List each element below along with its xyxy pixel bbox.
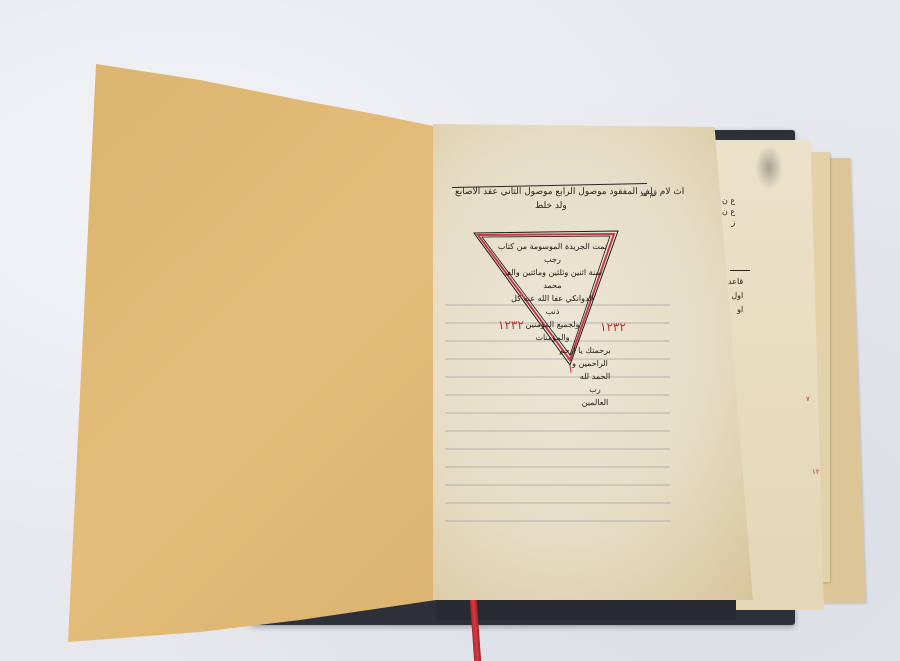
marginal-line: ع ن xyxy=(722,206,735,217)
stacked-table-text: قاعد اول او xyxy=(728,275,743,317)
red-page-mark: ٧ xyxy=(806,395,810,403)
colophon-line: برحمتك يا ارحم xyxy=(555,344,615,357)
heading-marginal-note: ام هد xyxy=(640,190,656,198)
table-line: اول xyxy=(728,289,743,303)
colophon-line: الدوانكي عفا الله عنه كل ذنب xyxy=(505,292,600,318)
year-left: ١٢٣٢ xyxy=(498,318,524,332)
year-right: ١٢٣٢ xyxy=(600,320,626,334)
colophon-line: رب العالمين xyxy=(575,383,615,409)
colophon-line: ولجميع المؤمنين والمؤمنات xyxy=(513,318,593,344)
colophon-line: سنة اثنين وثلثين ومائتين والف محمد xyxy=(498,266,608,292)
colophon-line: تمت الجريدة الموسومة من كتاب رجب xyxy=(493,240,613,266)
marginal-line: ع ن xyxy=(722,195,735,206)
stacked-marginal-text: ع ن ع ن ز xyxy=(722,195,735,228)
heading-line-2: ولد خلط xyxy=(535,201,567,211)
colophon-line: الحمد لله xyxy=(575,370,615,383)
table-line: قاعد xyxy=(728,275,743,289)
marginal-line: ز xyxy=(722,217,735,228)
pencil-smudge xyxy=(755,145,783,190)
colophon-line: الراحمين و xyxy=(565,357,615,370)
book-spine-edge xyxy=(436,598,736,620)
table-line: او xyxy=(728,303,743,317)
red-page-mark: ١٢ xyxy=(812,468,820,476)
stack-table-rule xyxy=(730,270,750,271)
